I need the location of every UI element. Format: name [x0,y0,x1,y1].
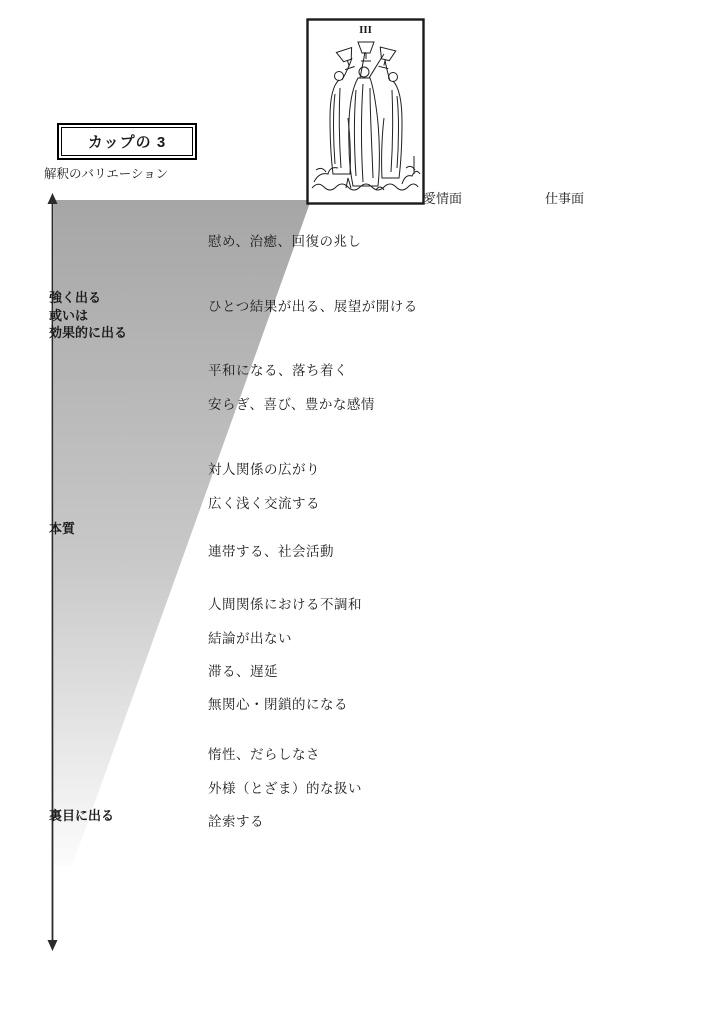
interpretation-item: 外様（とざま）的な扱い [208,781,362,797]
card-numeral: III [359,24,372,36]
title-box: カップの 3 [57,123,197,160]
interpretation-item: 平和になる、落ち着く [208,363,348,379]
arrow-head-up-icon [48,193,58,204]
axis-label-strong: 強く出る 或いは 効果的に出る [49,289,127,342]
interpretation-item: 滞る、遅延 [208,664,278,680]
interpretation-item: ひとつ結果が出る、展望が開ける [208,299,418,315]
interpretation-item: 対人関係の広がり [208,462,320,478]
interpretation-item: 慰め、治癒、回復の兆し [208,234,361,250]
arrow-head-down-icon [48,940,58,951]
axis-label-strong-line2: 或いは [49,307,127,325]
page-title: カップの 3 [88,131,166,152]
interpretation-item: 結論が出ない [208,631,292,647]
interpretation-item: 詮索する [208,814,264,830]
title-box-inner-border: カップの 3 [61,127,193,156]
axis-label-strong-line3: 効果的に出る [49,324,127,342]
axis-label-backfire: 裏目に出る [49,807,114,825]
column-header-work: 仕事面 [545,188,584,207]
interpretation-item: 無関心・閉鎖的になる [208,697,348,713]
subtitle: 解釈のバリエーション [44,164,168,182]
interpretation-item: 広く浅く交流する [208,496,320,512]
interpretation-item: 安らぎ、喜び、豊かな感情 [208,397,375,413]
interpretation-item: 人間関係における不調和 [208,597,362,613]
interpretation-item: 惰性、だらしなさ [208,747,320,763]
card-border [308,20,424,204]
axis-label-strong-line1: 強く出る [49,289,127,307]
column-header-love: 愛情面 [423,188,462,207]
interpretation-item: 連帯する、社会活動 [208,544,334,560]
axis-label-essence: 本質 [49,520,75,538]
page-container: III [0,0,724,1024]
tarot-card-image: III [306,18,425,205]
